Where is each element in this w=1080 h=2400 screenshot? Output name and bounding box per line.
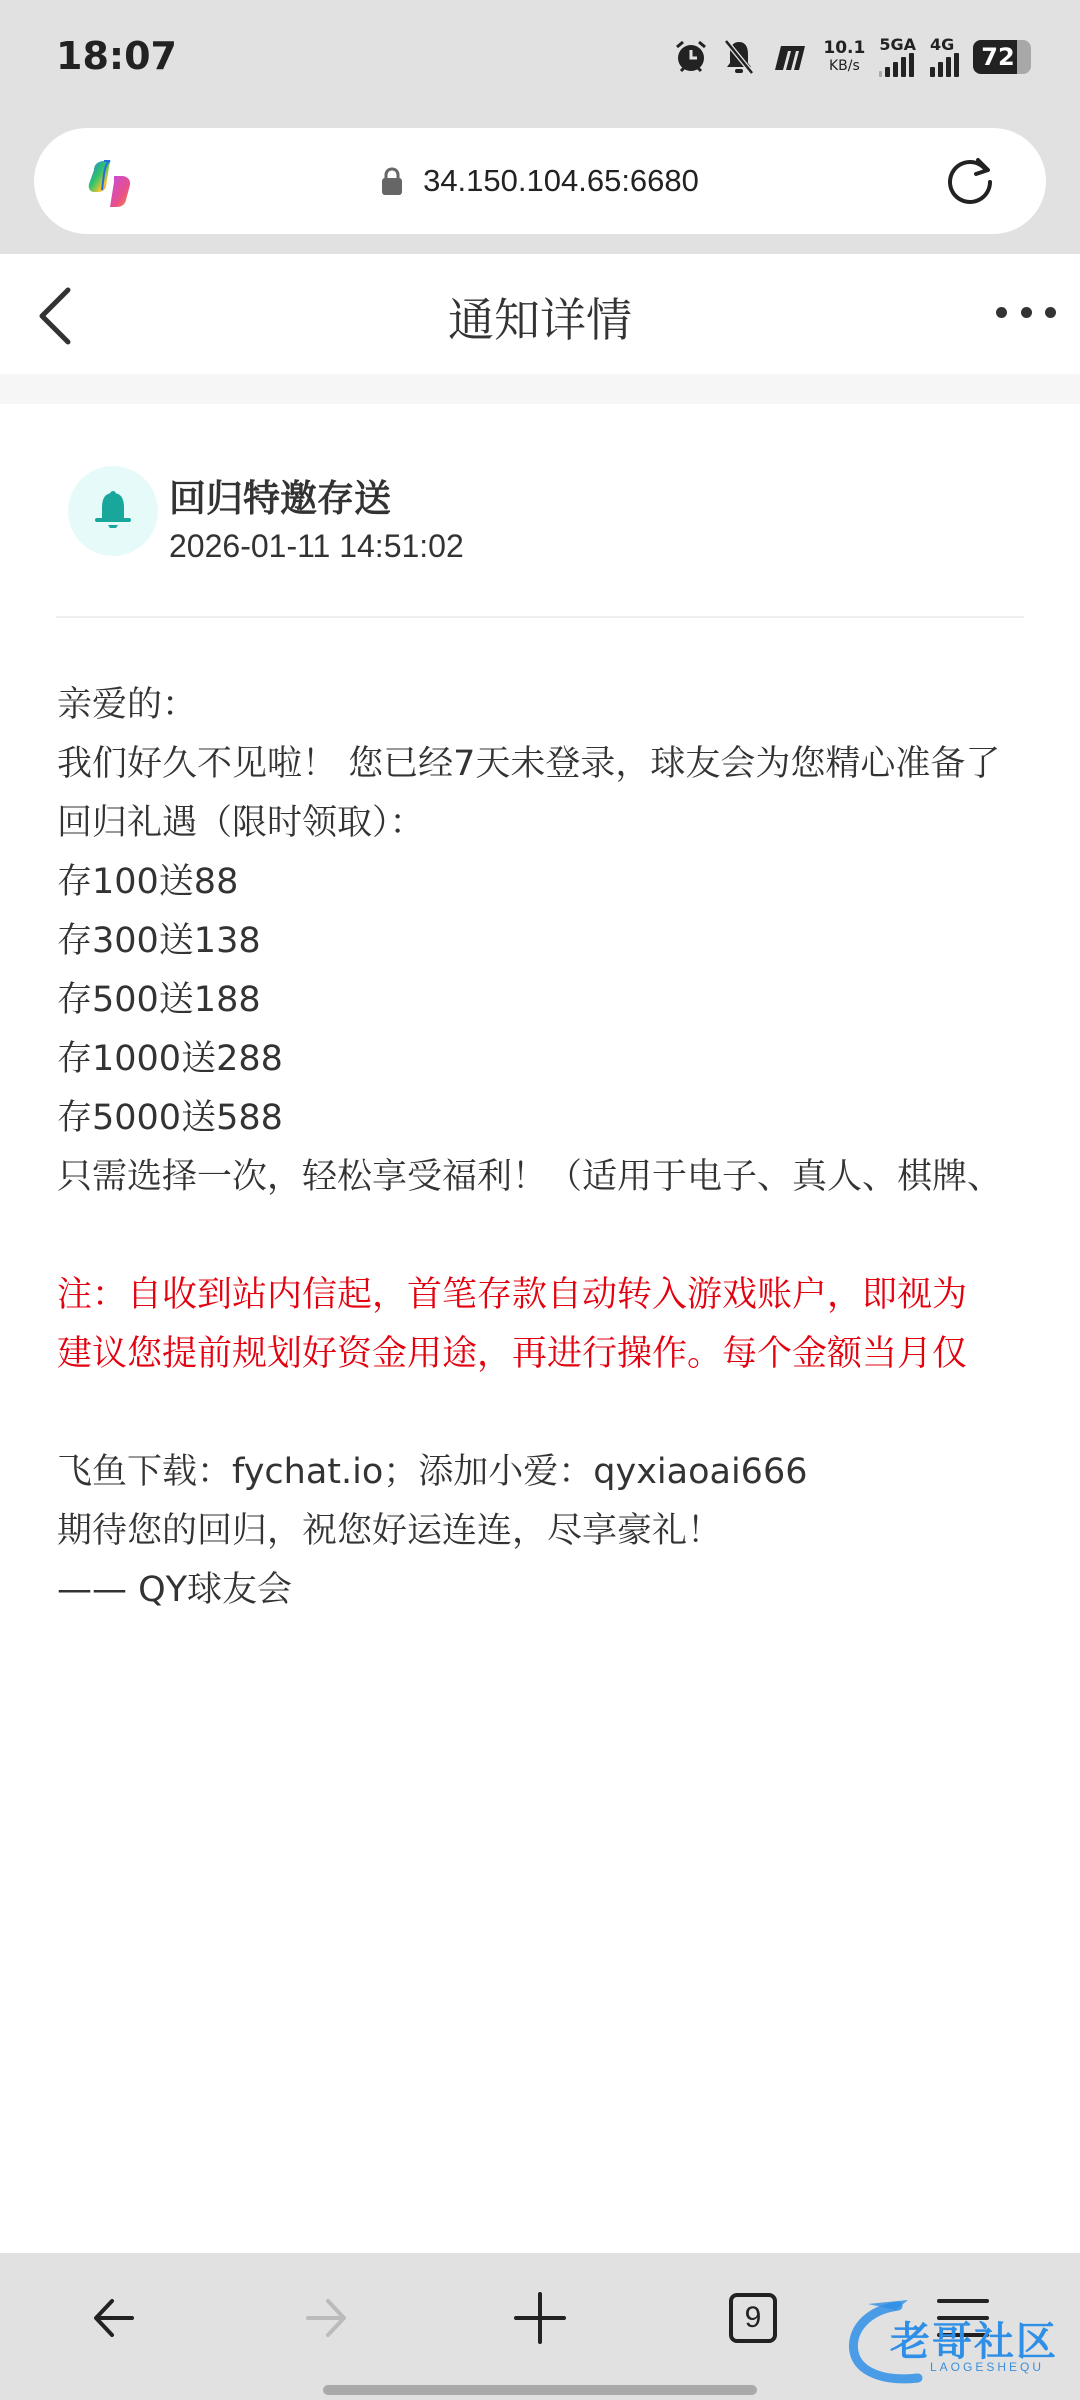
offer-item: 存100送88 xyxy=(57,853,1080,912)
status-bar: 18:07 10.1 KB/s 5GA 4G 72 xyxy=(0,0,1080,120)
nav-back-button[interactable] xyxy=(78,2287,148,2349)
browser-address-bar: 34.150.104.65:6680 xyxy=(0,120,1080,254)
sim1-label: 5GA xyxy=(879,37,916,53)
warning-note-line: 注：自收到站内信起，首笔存款自动转入游戏账户，即视为 xyxy=(57,1266,1080,1325)
url-group[interactable]: 34.150.104.65:6680 xyxy=(34,128,1046,234)
new-tab-button[interactable] xyxy=(505,2287,575,2349)
offer-item: 存300送138 xyxy=(57,912,1080,971)
page-title: 通知详情 xyxy=(0,284,1080,350)
net-speed-value: 10.1 xyxy=(823,39,865,57)
notice-timestamp: 2026-01-11 14:51:02 xyxy=(169,528,464,565)
signal-sim1: 5GA xyxy=(879,37,916,77)
spacer xyxy=(57,1384,1080,1443)
signal-icon xyxy=(930,53,959,77)
arrow-left-icon xyxy=(88,2293,138,2343)
notice-icon-badge xyxy=(68,466,158,556)
choose-once-text: 只需选择一次，轻松享受福利！（适用于电子、真人、棋牌、 xyxy=(57,1148,1080,1207)
header-divider xyxy=(0,374,1080,404)
intro-text: 我们好久不见啦！ 您已经7天未登录，球友会为您精心准备了 xyxy=(57,735,1080,794)
notice-title: 回归特邀存送 xyxy=(169,468,391,522)
vibrate-icon xyxy=(769,42,809,72)
watermark: 老哥社区 LAOGESHEQU xyxy=(838,2296,1070,2386)
status-icons: 10.1 KB/s 5GA 4G 72 xyxy=(673,34,1024,80)
signature: —— QY球友会 xyxy=(57,1561,1080,1620)
greeting: 亲爱的： xyxy=(57,676,1080,735)
net-speed: 10.1 KB/s xyxy=(823,39,865,75)
battery-icon: 72 xyxy=(973,40,1024,74)
url-text[interactable]: 34.150.104.65:6680 xyxy=(423,163,699,199)
arrow-right-icon xyxy=(302,2293,352,2343)
bell-icon xyxy=(90,488,136,534)
offer-item: 存500送188 xyxy=(57,971,1080,1030)
closing-text: 期待您的回归，祝您好运连连，尽享豪礼！ xyxy=(57,1502,1080,1561)
notice-header: 回归特邀存送 2026-01-11 14:51:02 xyxy=(56,440,1024,618)
alarm-icon xyxy=(673,39,709,75)
signal-sim2: 4G xyxy=(930,37,959,77)
tabs-button[interactable]: 9 xyxy=(718,2287,788,2349)
net-speed-unit: KB/s xyxy=(823,57,865,75)
notice-body: 亲爱的： 我们好久不见啦！ 您已经7天未登录，球友会为您精心准备了 回归礼遇（限… xyxy=(57,676,1080,1620)
offer-item: 存1000送288 xyxy=(57,1030,1080,1089)
offer-heading: 回归礼遇（限时领取）： xyxy=(57,794,1080,853)
offer-item: 存5000送588 xyxy=(57,1089,1080,1148)
watermark-text: 老哥社区 xyxy=(890,2310,1058,2367)
battery-level: 72 xyxy=(973,40,1023,74)
home-indicator[interactable] xyxy=(323,2385,757,2395)
tab-count: 9 xyxy=(729,2293,777,2343)
sim2-label: 4G xyxy=(930,37,954,53)
url-pill[interactable]: 34.150.104.65:6680 xyxy=(34,128,1046,234)
contact-text: 飞鱼下载：fychat.io；添加小爱：qyxiaoai666 xyxy=(57,1443,1080,1502)
nav-forward-button[interactable] xyxy=(292,2287,362,2349)
bell-muted-icon xyxy=(723,39,755,75)
watermark-subtext: LAOGESHEQU xyxy=(930,2360,1044,2374)
spacer xyxy=(57,1207,1080,1266)
status-time: 18:07 xyxy=(56,34,177,78)
reload-icon[interactable] xyxy=(942,154,998,210)
app-header: 通知详情 xyxy=(0,254,1080,374)
plus-icon xyxy=(513,2291,567,2345)
warning-note-line: 建议您提前规划好资金用途，再进行操作。每个金额当月仅 xyxy=(57,1325,1080,1384)
more-horizontal-icon[interactable] xyxy=(996,292,1056,332)
lock-icon xyxy=(381,166,403,196)
signal-icon xyxy=(879,53,914,77)
